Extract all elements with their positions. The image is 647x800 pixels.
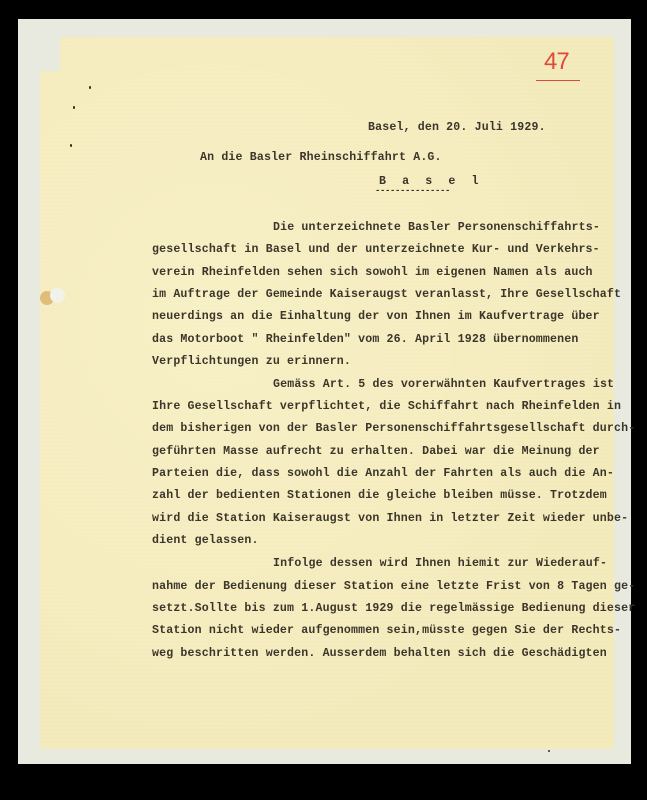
letter-body-line: zahl der bedienten Stationen die gleiche…: [152, 490, 607, 502]
paper-speck: [548, 750, 550, 752]
letter-body-line: neuerdings an die Einhaltung der von Ihn…: [152, 311, 600, 323]
letter-body-line: Die unterzeichnete Basler Personenschiff…: [273, 222, 600, 234]
letter-body-line: Parteien die, dass sowohl die Anzahl der…: [152, 468, 614, 480]
letter-body-line: gesellschaft in Basel und der unterzeich…: [152, 244, 600, 256]
letter-body-line: dem bisherigen von der Basler Personensc…: [152, 423, 635, 435]
punch-hole: [50, 288, 65, 303]
letter-body-line: im Auftrage der Gemeinde Kaiseraugst ver…: [152, 289, 621, 301]
letter-body-line: dient gelassen.: [152, 535, 259, 547]
paper-speck: [70, 144, 72, 147]
recipient-line: An die Basler Rheinschiffahrt A.G.: [200, 152, 442, 164]
letter-body-line: Gemäss Art. 5 des vorerwähnten Kaufvertr…: [273, 379, 614, 391]
paper-speck: [73, 106, 75, 109]
letter-body-line: Ihre Gesellschaft verpflichtet, die Schi…: [152, 401, 621, 413]
letter-page: [40, 37, 614, 749]
letter-body-line: weg beschritten werden. Ausserdem behalt…: [152, 648, 607, 660]
folio-underline: [536, 80, 580, 81]
letter-body-line: Station nicht wieder aufgenommen sein,mü…: [152, 625, 621, 637]
letter-body-line: nahme der Bedienung dieser Station eine …: [152, 581, 635, 593]
date-line: Basel, den 20. Juli 1929.: [368, 122, 546, 134]
letter-body-line: Infolge dessen wird Ihnen hiemit zur Wie…: [273, 558, 607, 570]
letter-body-line: Verpflichtungen zu erinnern.: [152, 356, 351, 368]
paper-speck: [89, 86, 91, 89]
recipient-city-underline: ---------------: [375, 187, 450, 196]
letter-body-line: verein Rheinfelden sehen sich sowohl im …: [152, 267, 593, 279]
letter-body-line: geführten Masse aufrecht zu erhalten. Da…: [152, 446, 600, 458]
letter-body-line: wird die Station Kaiseraugst von Ihnen i…: [152, 513, 628, 525]
letter-body-line: das Motorboot " Rheinfelden" vom 26. Apr…: [152, 334, 578, 346]
letter-body-line: setzt.Sollte bis zum 1.August 1929 die r…: [152, 603, 635, 615]
folio-number: 47: [544, 50, 569, 74]
